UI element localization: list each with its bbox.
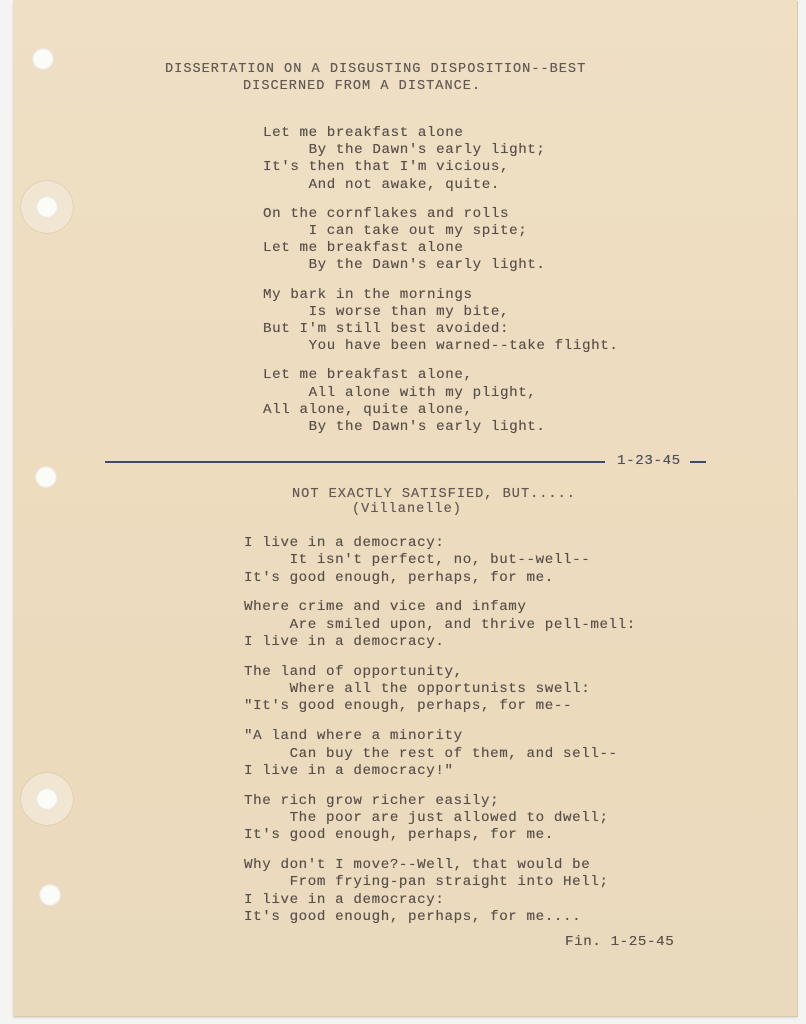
poem2-line: It isn't perfect, no, but--well-- <box>244 552 590 569</box>
poem2-line: Where crime and vice and infamy <box>244 599 527 616</box>
poem1-line: By the Dawn's early light; <box>263 142 546 159</box>
poem2-line: It's good enough, perhaps, for me. <box>244 570 554 587</box>
punch-hole <box>36 196 58 218</box>
poem1-line: But I'm still best avoided: <box>263 321 509 338</box>
poem1-line: Let me breakfast alone, <box>263 367 473 384</box>
poem1-date: 1-23-45 <box>617 453 681 470</box>
reinforced-punch-hole <box>21 773 73 825</box>
poem1-line: It's then that I'm vicious, <box>263 159 509 176</box>
poem1-line: Let me breakfast alone <box>263 125 464 142</box>
poem2-line: From frying-pan straight into Hell; <box>244 874 609 891</box>
poem1-line: On the cornflakes and rolls <box>263 206 509 223</box>
poem1-line: Let me breakfast alone <box>263 240 464 257</box>
reinforced-punch-hole <box>21 181 73 233</box>
poem1-title-line-2: DISCERNED FROM A DISTANCE. <box>243 78 481 95</box>
poem2-line: The land of opportunity, <box>244 664 463 681</box>
punch-hole <box>32 48 54 70</box>
poem2-line: Can buy the rest of them, and sell-- <box>244 746 618 763</box>
poem2-line: I live in a democracy. <box>244 634 445 651</box>
poem1-line: By the Dawn's early light. <box>263 419 546 436</box>
poem2-sign-off: Fin. 1-25-45 <box>565 934 674 951</box>
poem1-line: And not awake, quite. <box>263 177 500 194</box>
punch-hole <box>39 884 61 906</box>
poem1-line: I can take out my spite; <box>263 223 527 240</box>
punch-hole <box>35 466 57 488</box>
poem2-line: I live in a democracy: <box>244 892 445 909</box>
poem2-line: It's good enough, perhaps, for me. <box>244 827 554 844</box>
poem2-subtitle: (Villanelle) <box>352 501 462 518</box>
poem2-line: I live in a democracy: <box>244 535 445 552</box>
poem2-line: "It's good enough, perhaps, for me-- <box>244 698 572 715</box>
poem1-line: My bark in the mornings <box>263 287 473 304</box>
poem1-line: All alone with my plight, <box>263 385 536 402</box>
poem2-line: Where all the opportunists swell: <box>244 681 590 698</box>
poem1-line: Is worse than my bite, <box>263 304 509 321</box>
poem2-line: I live in a democracy!" <box>244 763 454 780</box>
poem2-line: "A land where a minority <box>244 728 463 745</box>
poem1-line: By the Dawn's early light. <box>263 257 546 274</box>
poem1-line: All alone, quite alone, <box>263 402 473 419</box>
poem2-line: The poor are just allowed to dwell; <box>244 810 609 827</box>
poem2-line: Are smiled upon, and thrive pell-mell: <box>244 617 636 634</box>
poem1-title-line-1: DISSERTATION ON A DISGUSTING DISPOSITION… <box>165 61 586 78</box>
section-divider-tail <box>690 461 706 463</box>
section-divider-line <box>105 461 605 463</box>
poem2-line: The rich grow richer easily; <box>244 793 499 810</box>
poem2-line: It's good enough, perhaps, for me.... <box>244 909 581 926</box>
poem1-line: You have been warned--take flight. <box>263 338 618 355</box>
punch-hole <box>36 788 58 810</box>
poem2-line: Why don't I move?--Well, that would be <box>244 857 590 874</box>
